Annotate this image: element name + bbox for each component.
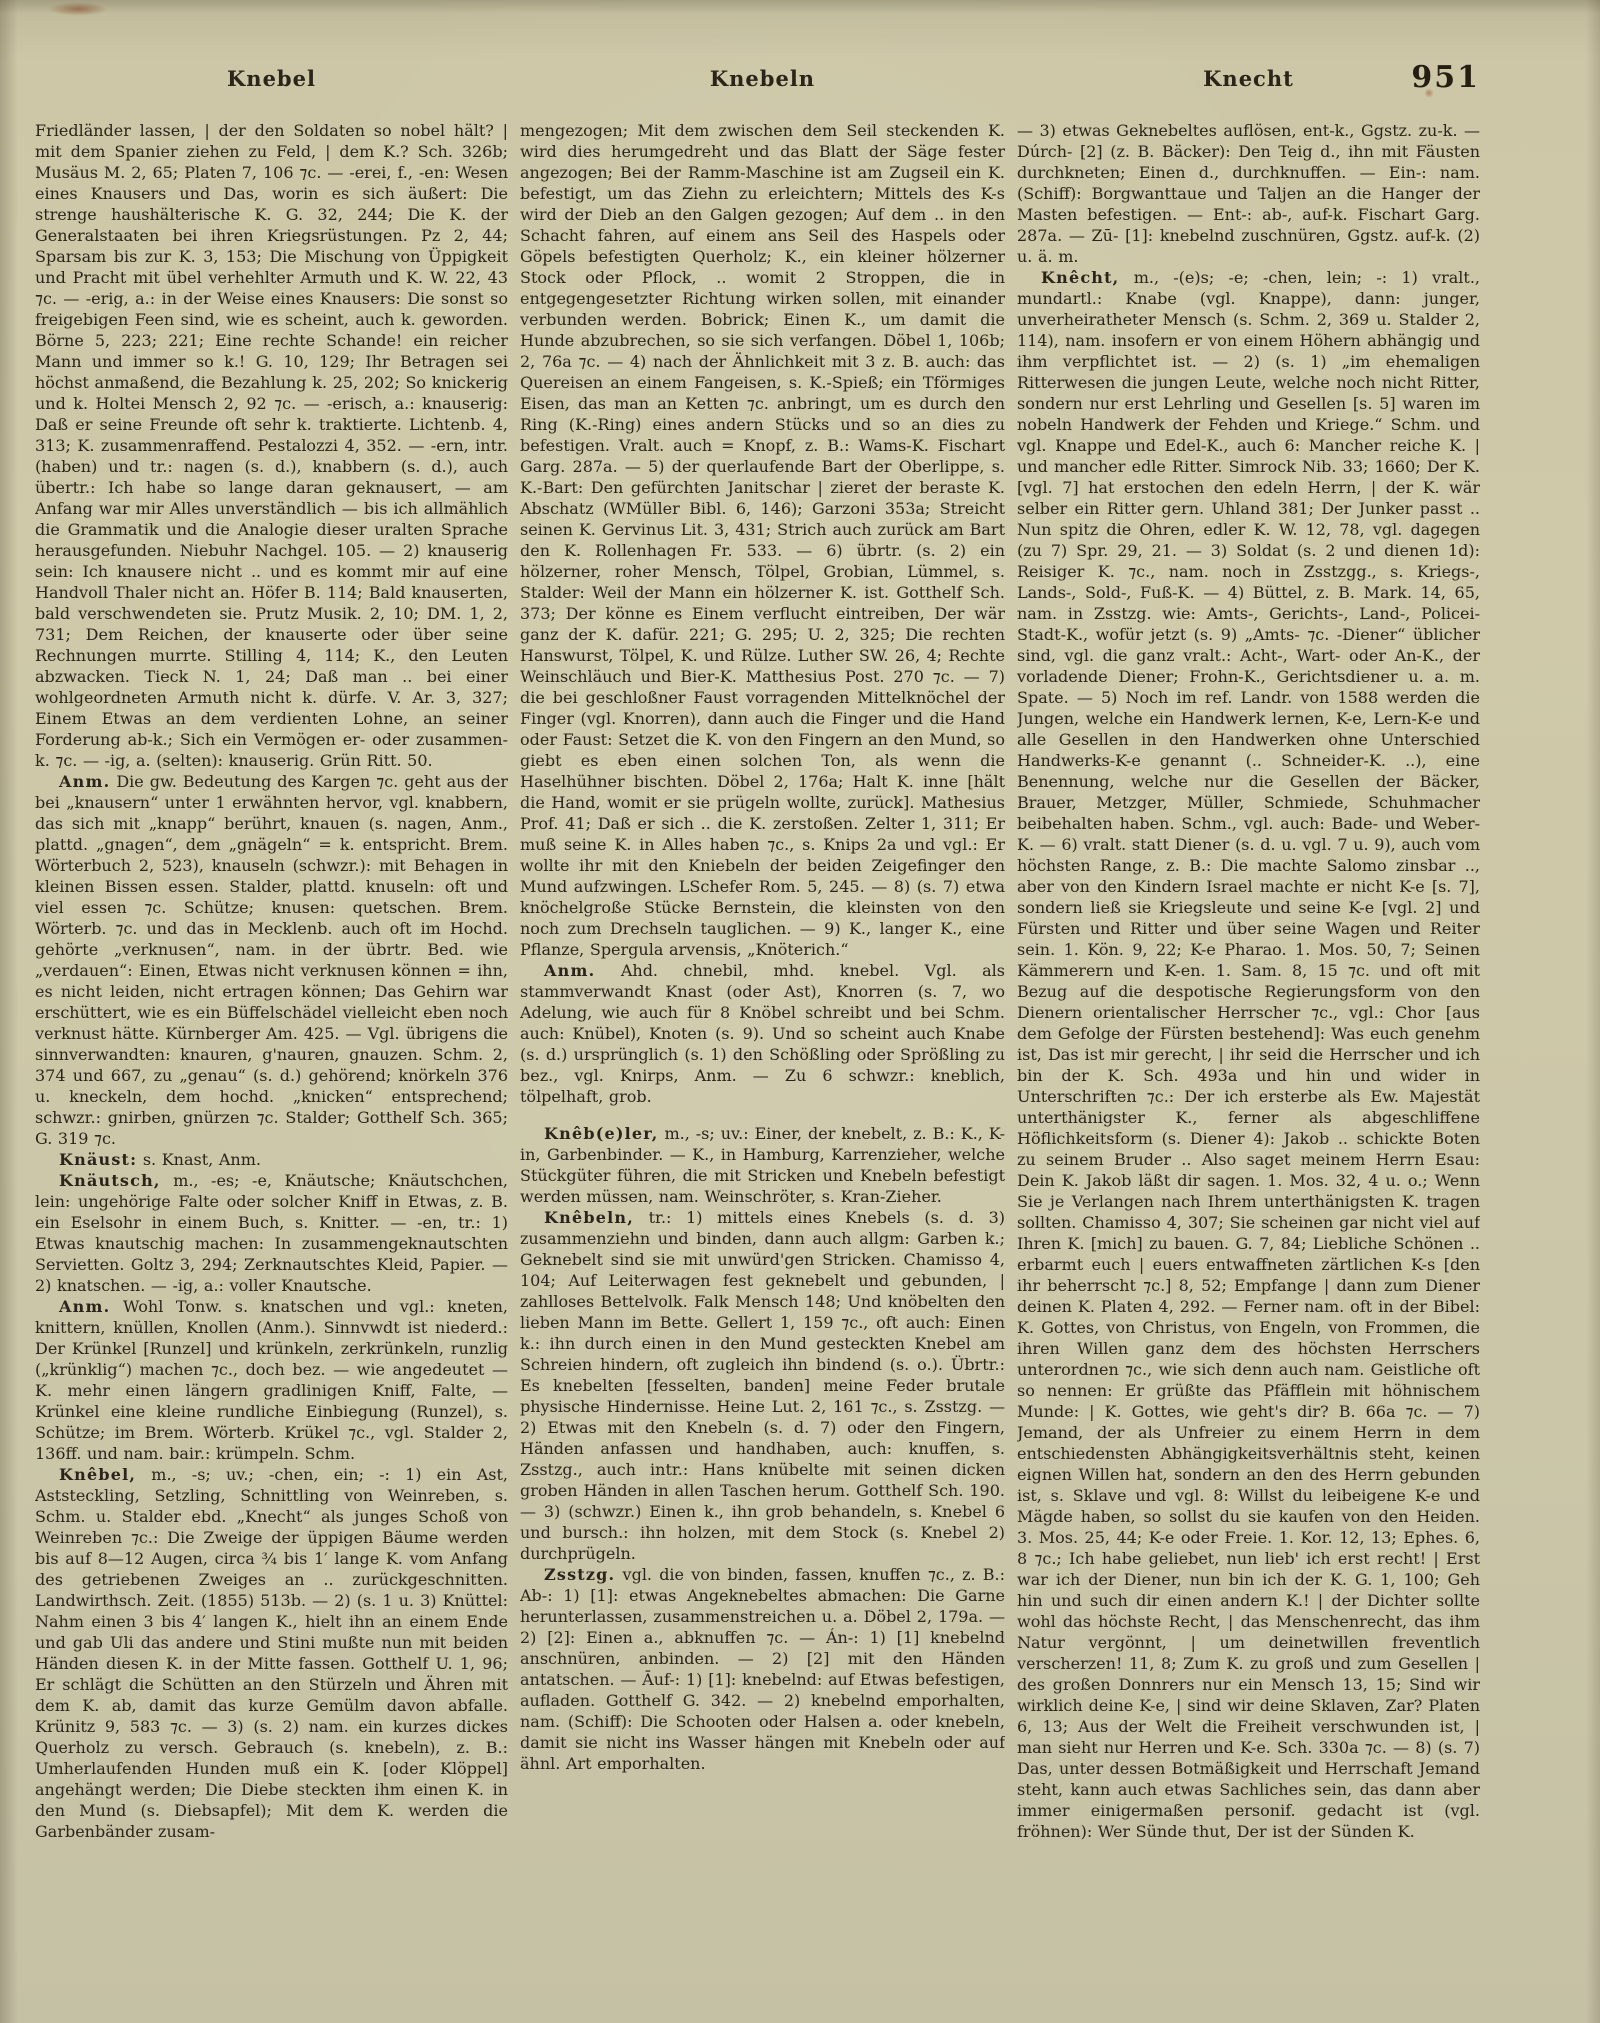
entry-body: m., -(e)s; -e; -chen, lein; -: 1) vralt.…: [1017, 268, 1480, 1841]
page-edge-shadow-left: [0, 0, 18, 2023]
entry-knebeln: Knêbeln, tr.: 1) mittels eines Knebels (…: [520, 1207, 1005, 1564]
entry-knebeln-zsstzg-continuation: — 3) etwas Geknebeltes auflösen, ent-k.,…: [1017, 120, 1480, 267]
entry-body: — 3) etwas Geknebeltes auflösen, ent-k.,…: [1017, 121, 1480, 266]
entry-headword: Knêcht,: [1041, 268, 1119, 287]
running-head: Knebel Knebeln Knecht 951: [0, 66, 1600, 100]
entry-body: Friedländer lassen, | der den Soldaten s…: [35, 121, 508, 770]
entry-knausern-anm: Anm. Die gw. Bedeutung des Kargen ⁊c. ge…: [35, 771, 508, 1149]
entry-body: mengezogen; Mit dem zwischen dem Seil st…: [520, 121, 1005, 959]
scan-smudge: [48, 2, 108, 16]
entry-headword: Anm.: [544, 961, 595, 980]
entry-headword: Anm.: [59, 1297, 110, 1316]
running-head-keyword-left: Knebel: [35, 66, 508, 91]
entry-headword: Knäust:: [59, 1150, 137, 1169]
entry-knebeln-zsstzg: Zsstzg. vgl. die von binden, fassen, knu…: [520, 1564, 1005, 1774]
entry-body: tr.: 1) mittels eines Knebels (s. d. 3) …: [520, 1208, 1005, 1563]
entry-body: Ahd. chnebil, mhd. knebel. Vgl. als stam…: [520, 961, 1005, 1106]
scanned-dictionary-page: Knebel Knebeln Knecht 951 Friedländer la…: [0, 0, 1600, 2023]
entry-knaeutsch-anm: Anm. Wohl Tonw. s. knatschen und vgl.: k…: [35, 1296, 508, 1464]
entry-knebel-continuation: mengezogen; Mit dem zwischen dem Seil st…: [520, 120, 1005, 960]
text-column-2: mengezogen; Mit dem zwischen dem Seil st…: [520, 120, 1005, 1888]
entry-knauser-continuation: Friedländer lassen, | der den Soldaten s…: [35, 120, 508, 771]
page-edge-shadow-right: [1586, 0, 1600, 2023]
page-number: 951: [1411, 60, 1480, 95]
entry-knecht: Knêcht, m., -(e)s; -e; -chen, lein; -: 1…: [1017, 267, 1480, 1842]
entry-headword: Anm.: [59, 772, 110, 791]
entry-headword: Knêbel,: [59, 1465, 136, 1484]
entry-body: vgl. die von binden, fassen, knuffen ⁊c.…: [520, 1565, 1005, 1773]
text-column-1: Friedländer lassen, | der den Soldaten s…: [35, 120, 508, 1888]
entry-body: s. Knast, Anm.: [143, 1150, 261, 1169]
entry-knebeler: Knêb(e)ler, m., -s; uv.: Einer, der kneb…: [520, 1123, 1005, 1207]
entry-body: m., -s; uv.; -chen, ein; -: 1) ein Ast, …: [35, 1465, 508, 1841]
running-head-keyword-center: Knebeln: [520, 66, 1005, 91]
entry-knebel: Knêbel, m., -s; uv.; -chen, ein; -: 1) e…: [35, 1464, 508, 1842]
entry-headword: Zsstzg.: [544, 1565, 615, 1584]
entry-knaeust: Knäust: s. Knast, Anm.: [35, 1149, 508, 1170]
entry-body: Die gw. Bedeutung des Kargen ⁊c. geht au…: [35, 772, 508, 1148]
entry-headword: Knêb(e)ler,: [544, 1124, 659, 1143]
entry-body: Wohl Tonw. s. knatschen und vgl.: kneten…: [35, 1297, 508, 1463]
entry-headword: Knêbeln,: [544, 1208, 634, 1227]
entry-headword: Knäutsch,: [59, 1171, 161, 1190]
entry-knaeutsch: Knäutsch, m., -es; -e, Knäutsche; Knäuts…: [35, 1170, 508, 1296]
entry-knebel-anm: Anm. Ahd. chnebil, mhd. knebel. Vgl. als…: [520, 960, 1005, 1107]
text-column-3: — 3) etwas Geknebeltes auflösen, ent-k.,…: [1017, 120, 1480, 1888]
